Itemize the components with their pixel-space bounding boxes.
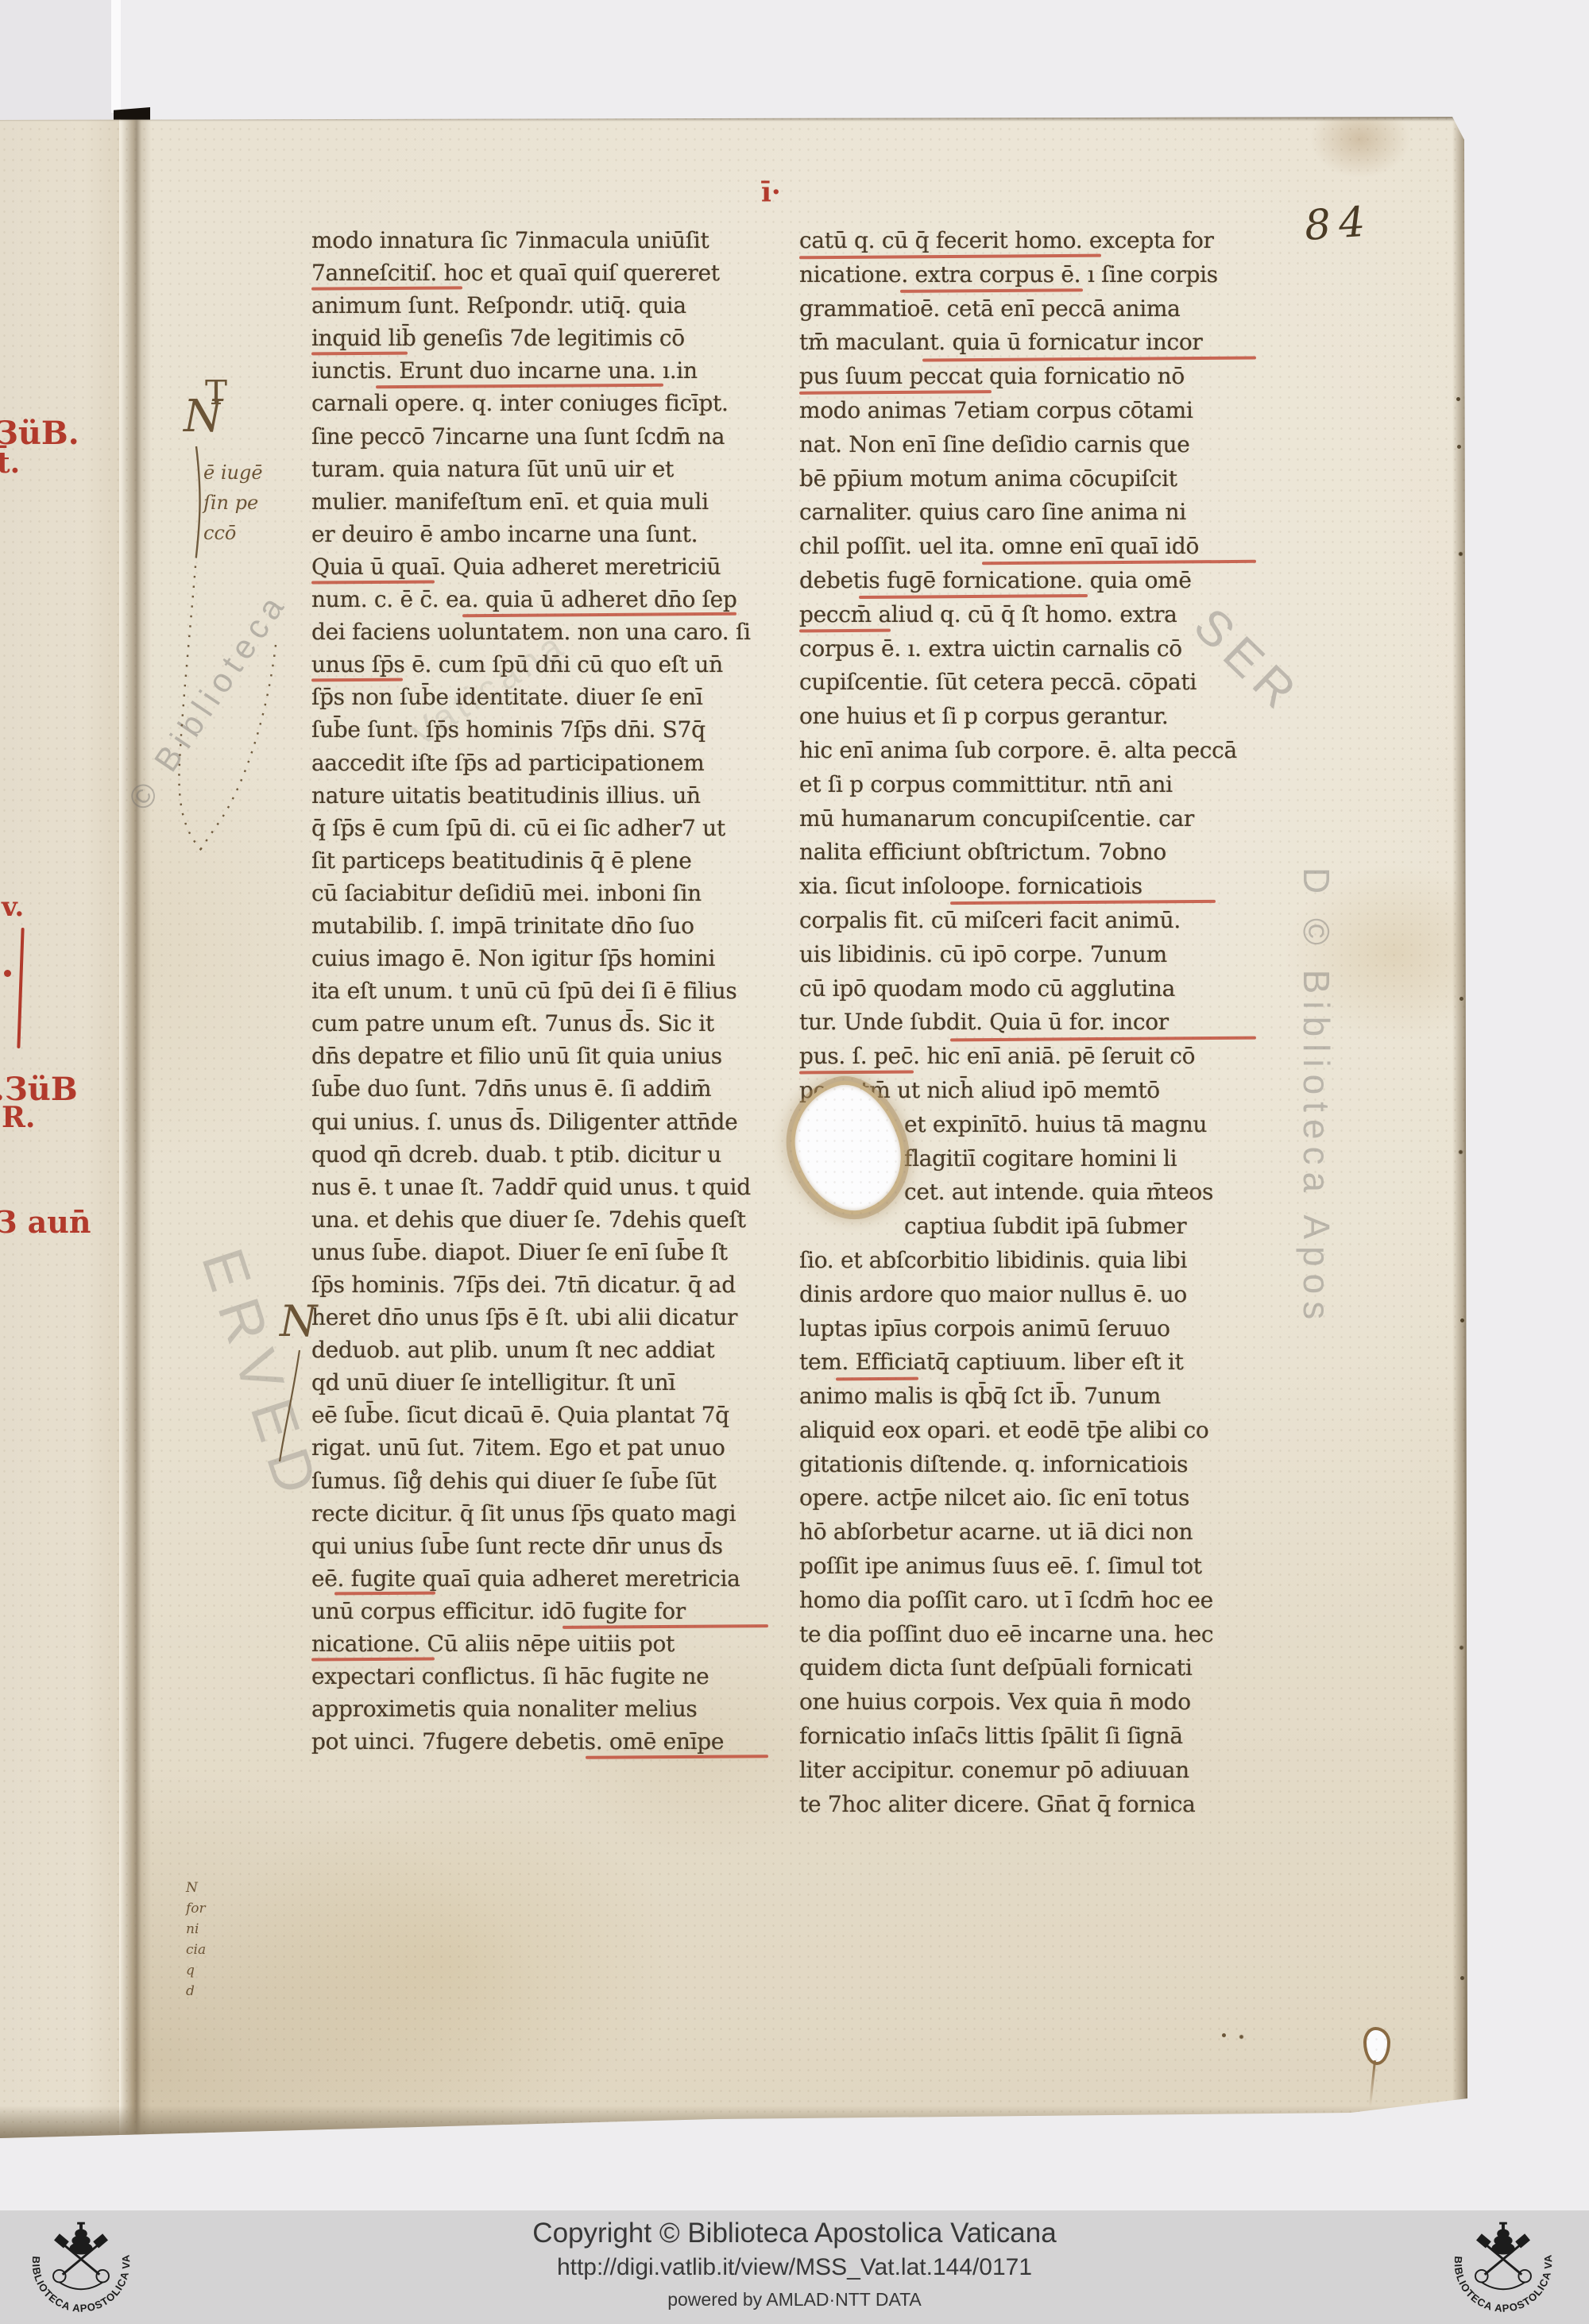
- footer-powered-by: powered by AMLAD·NTT DATA: [0, 2284, 1589, 2314]
- manuscript-line: debetis fugē fornicatione. quia omē: [799, 567, 1256, 601]
- manuscript-line: hic enī anima ſub corpore. ē. alta peccā: [799, 737, 1256, 771]
- manuscript-line: pus. ſ. pec̄. hic enī aniā. pē ſeruit cō: [799, 1043, 1256, 1077]
- manuscript-line: cū ipō quodam modo cū agglutina: [799, 975, 1256, 1010]
- manuscript-line: nature uitatis beatitudinis illius. un̄: [311, 782, 768, 815]
- marginal-nota-letter: N: [280, 1296, 317, 1346]
- manuscript-line: ſub̄e duo ſunt. 7dn̄s unus ē. ſi addim̄: [311, 1075, 768, 1108]
- page-edge-right: [1452, 117, 1468, 2110]
- manuscript-line: nicatione. Cū aliis nēpe uitiis pot: [311, 1631, 768, 1663]
- manuscript-line: ita eſt unum. t unū cū ſpū dei ſi ē fili…: [311, 978, 768, 1010]
- manuscript-line: modo animas 7etiam corpus cōtami: [799, 397, 1256, 431]
- manuscript-line: one huius et ſi p corpus gerantur.: [799, 703, 1256, 737]
- manuscript-line: er deuiro ē ambo incarne una ſunt.: [311, 521, 768, 554]
- manuscript-line: carnali opere. q. inter coniuges ficīpt.: [311, 390, 768, 423]
- manuscript-line: nus ē. t unae ſt. 7addr̄ quid unus. t qu…: [311, 1174, 768, 1206]
- manuscript-line: nicatione. extra corpus ē. ı ſine corpis: [799, 261, 1256, 295]
- manuscript-line: bē pp̄ium motum anima cōcupiſcit: [799, 465, 1256, 500]
- manuscript-line: nat. Non enī ſine deſidio carnis que: [799, 431, 1256, 465]
- margin-note-line: ſin pe: [203, 488, 263, 518]
- manuscript-line: tur. Unde ſubdit. Quia ū for. incor: [799, 1009, 1256, 1043]
- manuscript-line: recte dicitur. q̄ ſit unus ſp̄s quato ma…: [311, 1500, 768, 1533]
- text-column-left: modo innatura ſic 7inmacula uniūſit7anne…: [311, 227, 768, 1761]
- manuscript-line: peccm̄ aliud q. cū q̄ ſt homo. extra: [799, 601, 1256, 635]
- manuscript-line: et ſi p corpus committitur. ntn̄ ani: [799, 771, 1256, 805]
- manuscript-line: dinis ardore quo maior nullus ē. uo: [799, 1281, 1256, 1315]
- manuscript-line: qui unius ſub̄e ſunt recte dn̄r unus d̄s: [311, 1533, 768, 1565]
- margin-note-line: N: [186, 1878, 206, 1898]
- manuscript-line: opere. actp̄e nilcet aio. ſic enī totus: [799, 1484, 1256, 1519]
- manuscript-line: uis libidinis. cū ipō corpe. 7unum: [799, 941, 1256, 975]
- manuscript-line: catū q. cū q̄ fecerit homo. excepta for: [799, 227, 1256, 261]
- edge-rubric-fragment: v.: [2, 891, 24, 923]
- manuscript-line: deduob. aut plib. unum ſt nec addiat: [311, 1337, 768, 1369]
- manuscript-line: pot uinci. 7fugere debetis. omē enīpe: [311, 1728, 768, 1761]
- photo-background-seam: [111, 0, 121, 113]
- manuscript-line: expectari conflictus. ſi hāc fugite ne: [311, 1663, 768, 1696]
- manuscript-line: ſine peccō 7incarne una ſunt ſcdm̄ na: [311, 423, 768, 456]
- manuscript-line: one huius corpois. Vex quia n̄ modo: [799, 1689, 1256, 1723]
- manuscript-line: ſp̄s hominis. 7ſp̄s dei. 7tn̄ dicatur. q…: [311, 1272, 768, 1304]
- footer-url: http://digi.vatlib.it/view/MSS_Vat.lat.1…: [0, 2251, 1589, 2284]
- manuscript-line: homo dia poſſit caro. ut ī ſcdm̄ hoc ee: [799, 1587, 1256, 1621]
- parchment-small-hole: [1363, 2027, 1390, 2065]
- manuscript-line: captiua ſubdit ipā ſubmer: [799, 1213, 1256, 1247]
- manuscript-line: corpalis fit. cū miſceri facit animū.: [799, 907, 1256, 941]
- vatican-library-logo: BIBLIOTECA APOSTOLICA VATICANA: [17, 2214, 145, 2322]
- photo-background-left: [0, 0, 114, 122]
- parchment-page: © Biblioteca Vaticana ERVED SER D © Bibl…: [0, 0, 1589, 2324]
- manuscript-line: heret dn̄o unus ſp̄s ē ſt. ubi alii dica…: [311, 1304, 768, 1337]
- manuscript-line: num. c. ē c̄. ea. quia ū adheret dn̄o ſe…: [311, 586, 768, 619]
- manuscript-line: ſio. et abſcorbitio libidinis. quia libi: [799, 1247, 1256, 1281]
- manuscript-line: hō abſorbetur acarne. ut iā dici non: [799, 1519, 1256, 1553]
- margin-note-line: ccō: [203, 518, 263, 548]
- manuscript-line: quidem dicta ſunt deſpūali fornicati: [799, 1654, 1256, 1689]
- manuscript-line: ſumus. ſig̊ dehis qui diuer ſe ſub̄e ſūt: [311, 1468, 768, 1500]
- manuscript-line: approximetis quia nonaliter melius: [311, 1696, 768, 1728]
- folio-number: 84: [1303, 198, 1374, 250]
- manuscript-line: rigat. unū ſut. 7item. Ego et pat unuo: [311, 1434, 768, 1467]
- manuscript-line: poſſit ipe animus ſuus eē. ſ. ſimul tot: [799, 1553, 1256, 1587]
- manuscript-line: unus ſp̄s ē. cum ſpū dn̄i cū quo eſt un̄: [311, 651, 768, 684]
- manuscript-line: aaccedit iſte ſp̄s ad participationem: [311, 750, 768, 782]
- manuscript-line: modo innatura ſic 7inmacula uniūſit: [311, 227, 768, 260]
- manuscript-line: mulier. manifeſtum enī. et quia muli: [311, 488, 768, 521]
- manuscript-line: cupiſcentie. ſūt cetera peccā. cōpati: [799, 669, 1256, 703]
- manuscript-line: ſp̄s non ſub̄e identitate. diuer ſe enī: [311, 684, 768, 716]
- manuscript-line: tm̄ maculant. quia ū fornicatur incor: [799, 329, 1256, 363]
- manuscript-line: mutabilib. ſ. impā trinitate dn̄o ſuo: [311, 913, 768, 945]
- manuscript-line: grammatioē. cetā enī peccā anima: [799, 295, 1256, 330]
- manuscript-line: eē ſub̄e. ſicut dicaū ē. Quia plantat 7q…: [311, 1402, 768, 1434]
- manuscript-line: liter accipitur. conemur pō adiuuan: [799, 1757, 1256, 1791]
- manuscript-line: inquid lib̄ geneſis 7de legitimis cō: [311, 325, 768, 357]
- manuscript-line: iunctis. Erunt duo incarne una. ı.in: [311, 357, 768, 390]
- marginal-note: ē iugēſin peccō: [203, 457, 263, 548]
- manuscript-line: chil poſſit. uel ita. omne enī quaī idō: [799, 533, 1256, 567]
- manuscript-line: xia. ſicut inſoloope. fornicatiois: [799, 873, 1256, 907]
- manuscript-line: una. et dehis que diuer ſe. 7dehis queſt: [311, 1206, 768, 1239]
- manuscript-line: dn̄s depatre et filio unū ſit quia unius: [311, 1043, 768, 1075]
- manuscript-line: cuius imago ē. Non igitur ſp̄s homini: [311, 945, 768, 978]
- nota-monogram-t: T: [205, 373, 227, 412]
- manuscript-line: qui unius. ſ. unus d̄s. Diligenter attn̄…: [311, 1109, 768, 1141]
- margin-note-line: cia: [186, 1940, 206, 1960]
- manuscript-line: unus ſub̄e. diapot. Diuer ſe enī ſub̄e ſ…: [311, 1239, 768, 1272]
- manuscript-line: eē. fugite quaī quia adheret meretricia: [311, 1565, 768, 1598]
- footer-text-block: Copyright © Biblioteca Apostolica Vatica…: [0, 2216, 1589, 2314]
- quire-mark: ī·: [761, 176, 781, 208]
- manuscript-line: aliquid eox opari. et eodē tp̄e alibi co: [799, 1417, 1256, 1451]
- manuscript-line: pus ſuum peccat quia fornicatio nō: [799, 363, 1256, 397]
- margin-note-line: ē iugē: [203, 457, 263, 488]
- page-edge-top: [0, 117, 1466, 122]
- manuscript-line: Quia ū quaī. Quia adheret meretriciū: [311, 554, 768, 586]
- margin-note-line: ni: [186, 1919, 206, 1940]
- vatican-library-logo: BIBLIOTECA APOSTOLICA VATICANA: [1440, 2214, 1567, 2322]
- footer-copyright: Copyright © Biblioteca Apostolica Vatica…: [0, 2216, 1589, 2251]
- watermark-fragment: D © Biblioteca Apos: [1295, 867, 1338, 1326]
- manuscript-line: tem. Efficiatq̄ captiuum. liber eſt it: [799, 1349, 1256, 1383]
- manuscript-line: cum patre unum eſt. 7unus d̄s. Sic it: [311, 1010, 768, 1043]
- edge-rubric-fragment: R.: [2, 1101, 35, 1134]
- manuscript-line: nalita efficiunt obſtrictum. 7obno: [799, 839, 1256, 873]
- manuscript-scan-viewer: © Biblioteca Vaticana ERVED SER D © Bibl…: [0, 0, 1589, 2324]
- manuscript-line: te dia poſſint duo eē incarne una. hec: [799, 1621, 1256, 1655]
- manuscript-line: quod qn̄ dcreb. duab. t ptib. dicitur u: [311, 1141, 768, 1174]
- manuscript-line: ſub̄e ſunt. ſp̄s hominis 7ſp̄s dn̄i. S7q…: [311, 716, 768, 749]
- manuscript-line: cū ſaciabitur deſidiū mei. inboni ſin: [311, 880, 768, 913]
- manuscript-line: animo malis is qb̄q̄ ſct ib̄. 7unum: [799, 1383, 1256, 1417]
- edge-rubric-fragment: З aun̄: [0, 1204, 91, 1240]
- text-column-right: catū q. cū q̄ fecerit homo. excepta forn…: [799, 227, 1256, 1824]
- edge-rubric-fragment: t̄.: [0, 446, 20, 480]
- manuscript-line: animum ſunt. Reſpondr. utiq̄. quia: [311, 292, 768, 325]
- manuscript-line: dei faciens uoluntatem. non una caro. ſi: [311, 619, 768, 651]
- manuscript-line: gitationis diſtende. q. infornicatiois: [799, 1451, 1256, 1485]
- page-edge-specks: [1456, 397, 1460, 401]
- page-edge-bottom: [0, 2097, 1470, 2141]
- manuscript-line: q̄ ſp̄s ē cum ſpū di. cū ei ſic adher7 u…: [311, 815, 768, 847]
- marginal-side-note: Nforniciaqd: [186, 1878, 206, 2002]
- manuscript-line: luptas ipīus corpois animū ſeruuo: [799, 1315, 1256, 1349]
- gutter-crease: [119, 118, 151, 2138]
- edge-rubric-dot: [4, 970, 11, 977]
- manuscript-line: corpus ē. ı. extra uictin carnalis cō: [799, 635, 1256, 670]
- manuscript-line: te 7hoc aliter dicere. Gn̄at q̄ fornica: [799, 1791, 1256, 1825]
- manuscript-line: fornicatio inſac̄s littis ſpālit ſi ſign…: [799, 1723, 1256, 1757]
- margin-note-line: q: [186, 1960, 206, 1981]
- manuscript-line: unū corpus efficitur. idō fugite for: [311, 1598, 768, 1631]
- manuscript-line: ſit particeps beatitudinis q̄ ē plene: [311, 847, 768, 880]
- manuscript-line: carnaliter. quius caro ſine anima ni: [799, 499, 1256, 533]
- margin-note-line: for: [186, 1898, 206, 1919]
- manuscript-line: 7anneſcitiſ. hoc et quaī quiſ quereret: [311, 260, 768, 292]
- margin-note-line: d: [186, 1981, 206, 2002]
- manuscript-line: turam. quia natura ſūt unū uir et: [311, 456, 768, 488]
- manuscript-line: qd unū diuer ſe intelligitur. ſt unī: [311, 1369, 768, 1402]
- manuscript-line: mū humanarum concupiſcentie. car: [799, 805, 1256, 840]
